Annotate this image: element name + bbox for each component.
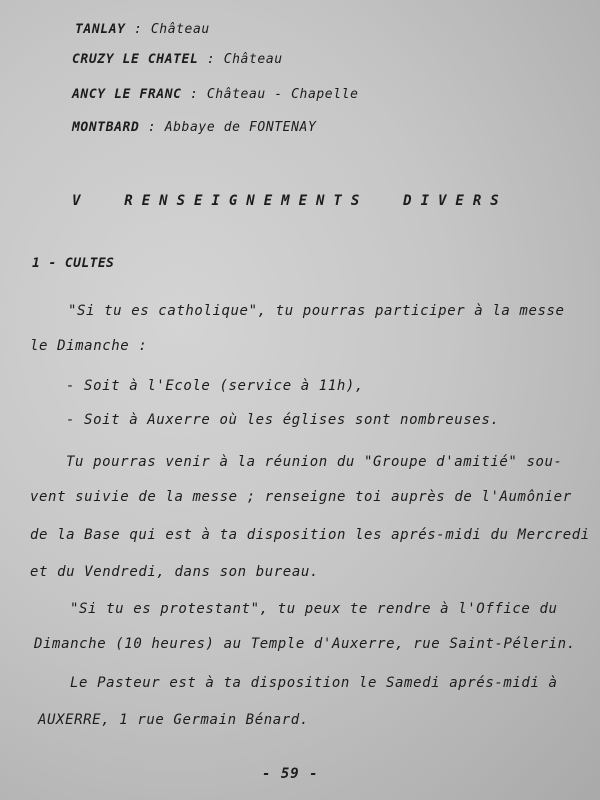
place-town: ANCY LE FRANC [72,87,182,102]
body-line: de la Base qui est à ta disposition les … [30,527,590,543]
place-montbard: MONTBARD : Abbaye de FONTENAY [72,120,316,135]
body-line: le Dimanche : [30,338,147,354]
body-line: "Si tu es catholique", tu pourras partic… [68,303,565,319]
place-site: Château - Chapelle [207,87,359,102]
chapter-heading: V RENSEIGNEMENTS DIVERS [72,193,508,209]
place-cruzy: CRUZY LE CHATEL : Château [72,52,283,67]
place-town: MONTBARD [72,120,139,135]
place-site: Château [151,22,210,37]
body-line: Dimanche (10 heures) au Temple d'Auxerre… [34,636,576,652]
body-line: et du Vendredi, dans son bureau. [30,564,319,580]
body-line: Tu pourras venir à la réunion du "Groupe… [66,454,563,470]
page-number: - 59 - [262,766,319,782]
place-town: TANLAY [75,22,126,37]
place-sep: : [126,22,151,37]
place-sep: : [198,52,223,67]
place-site: Abbaye de FONTENAY [165,120,317,135]
place-site: Château [224,52,283,67]
place-ancy: ANCY LE FRANC : Château - Chapelle [72,87,359,102]
body-line: vent suivie de la messe ; renseigne toi … [30,489,572,505]
section-title: 1 - CULTES [32,256,114,271]
place-sep: : [139,120,164,135]
body-line: - Soit à Auxerre où les églises sont nom… [66,412,499,428]
body-line: AUXERRE, 1 rue Germain Bénard. [38,712,309,728]
body-line: - Soit à l'Ecole (service à 11h), [66,378,364,394]
place-tanlay: TANLAY : Château [75,22,210,37]
body-line: Le Pasteur est à ta disposition le Samed… [70,675,558,691]
place-town: CRUZY LE CHATEL [72,52,198,67]
body-line: "Si tu es protestant", tu peux te rendre… [70,601,558,617]
place-sep: : [182,87,207,102]
document-page: TANLAY : Château CRUZY LE CHATEL : Châte… [0,0,600,800]
